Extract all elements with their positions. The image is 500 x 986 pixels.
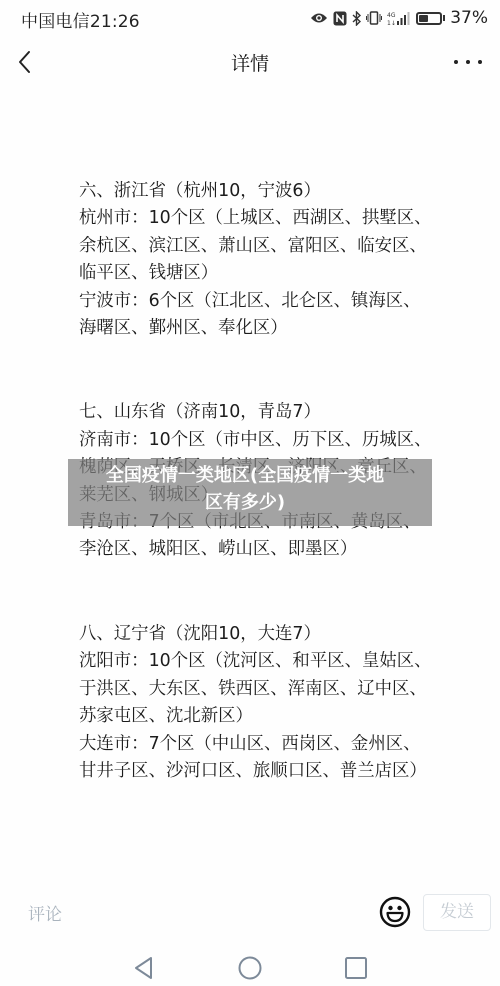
comment-input[interactable]: 评论	[28, 900, 62, 925]
recents-square-icon	[343, 955, 369, 981]
battery-tip	[443, 15, 445, 21]
signal-4g-icon: 4G1↓	[387, 11, 411, 26]
province-heading: 七、山东省（济南10，青岛7）	[79, 399, 479, 426]
status-icons: 4G1↓ 37%	[310, 8, 488, 28]
title-overlay-text: 全国疫情一类地区(全国疫情一类地 区有多少)	[80, 462, 410, 516]
province-block-liaoning: 八、辽宁省（沈阳10，大连7） 沈阳市：10个区（沈河区、和平区、皇姑区、 于洪…	[79, 621, 479, 785]
nav-bar: 详情	[0, 36, 500, 88]
svg-text:1↓: 1↓	[387, 20, 396, 26]
city-line: 苏家屯区、沈北新区）	[79, 703, 479, 730]
city-line: 宁波市：6个区（江北区、北仑区、镇海区、	[79, 288, 479, 315]
battery-icon	[416, 12, 442, 25]
comment-bar: 评论 发送	[0, 890, 500, 936]
page-title: 详情	[0, 49, 500, 76]
city-line: 余杭区、滨江区、萧山区、富阳区、临安区、	[79, 233, 479, 260]
more-dot-icon	[454, 60, 458, 64]
overlay-line-1: 全国疫情一类地区(全国疫情一类地	[80, 462, 410, 489]
city-line: 杭州市：10个区（上城区、西湖区、拱墅区、	[79, 205, 479, 232]
system-back-button[interactable]	[131, 955, 157, 981]
city-line: 沈阳市：10个区（沈河区、和平区、皇姑区、	[79, 648, 479, 675]
svg-text:4G: 4G	[387, 12, 396, 19]
nfc-icon	[333, 11, 347, 26]
province-block-zhejiang: 六、浙江省（杭州10，宁波6） 杭州市：10个区（上城区、西湖区、拱墅区、 余杭…	[79, 178, 479, 342]
city-line: 李沧区、城阳区、崂山区、即墨区）	[79, 536, 479, 563]
more-dot-icon	[466, 60, 470, 64]
clock: 21:26	[90, 12, 140, 32]
province-heading: 八、辽宁省（沈阳10，大连7）	[79, 621, 479, 648]
more-dot-icon	[478, 60, 482, 64]
system-nav-bar	[0, 955, 500, 986]
more-options-button[interactable]	[454, 50, 482, 74]
battery-percent: 37%	[450, 8, 488, 28]
smiley-icon	[379, 896, 411, 928]
city-line: 大连市：7个区（中山区、西岗区、金州区、	[79, 731, 479, 758]
eye-icon	[310, 11, 328, 25]
carrier-name: 中国电信	[21, 12, 90, 32]
system-home-button[interactable]	[237, 955, 263, 981]
city-line: 济南市：10个区（市中区、历下区、历城区、	[79, 427, 479, 454]
system-recents-button[interactable]	[343, 955, 369, 981]
city-line: 临平区、钱塘区）	[79, 260, 479, 287]
province-heading: 六、浙江省（杭州10，宁波6）	[79, 178, 479, 205]
city-line: 甘井子区、沙河口区、旅顺口区、普兰店区）	[79, 758, 479, 785]
back-triangle-icon	[131, 955, 157, 981]
home-circle-icon	[237, 955, 263, 981]
send-button[interactable]: 发送	[423, 894, 491, 931]
overlay-line-2: 区有多少)	[80, 489, 410, 516]
bluetooth-icon	[352, 11, 361, 26]
vibrate-icon	[366, 11, 382, 25]
city-line: 海曙区、鄞州区、奉化区）	[79, 315, 479, 342]
status-bar: 中国电信21:26 4G1↓ 37%	[0, 0, 500, 36]
emoji-button[interactable]	[379, 896, 411, 928]
city-line: 于洪区、大东区、铁西区、浑南区、辽中区、	[79, 676, 479, 703]
carrier-time: 中国电信21:26	[21, 7, 140, 32]
